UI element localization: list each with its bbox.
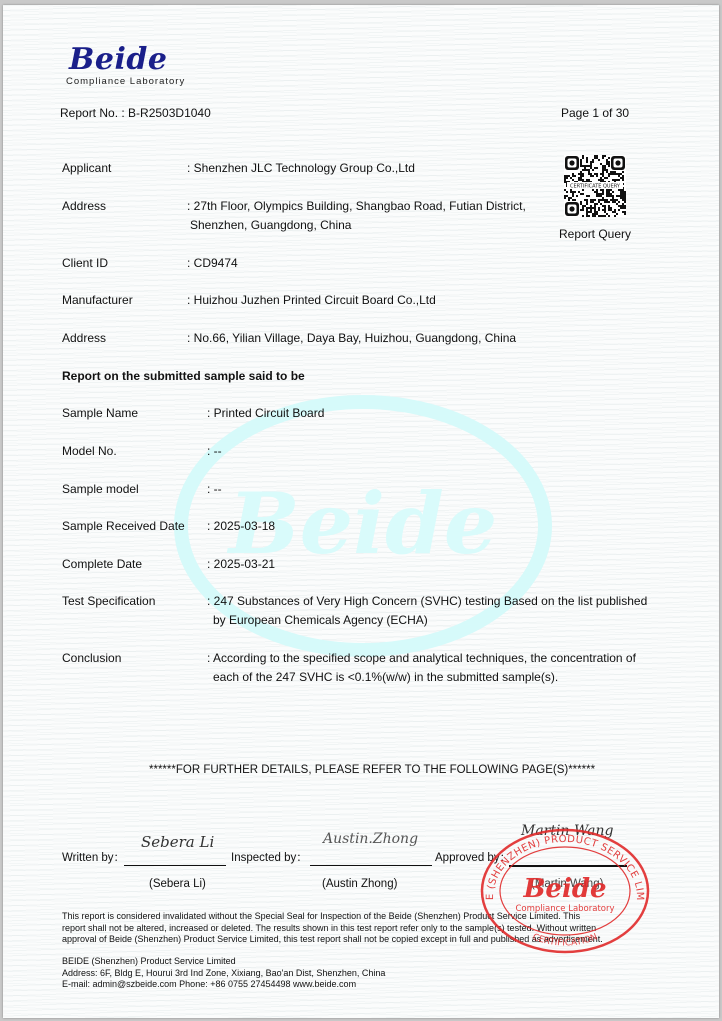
sample-value-name: : Printed Circuit Board [207, 404, 324, 423]
approved-by-line [509, 865, 627, 867]
inspected-by-label: Inspected by： [231, 849, 308, 868]
written-by-label: Written by： [62, 849, 125, 868]
field-label-client-id: Client ID [62, 254, 108, 273]
sample-value-conclusion-line2: each of the 247 SVHC is <0.1%(w/w) in th… [213, 668, 558, 687]
sample-value-conclusion: : According to the specified scope and a… [207, 649, 636, 668]
disclaimer: This report is considered invalidated wi… [62, 911, 603, 946]
approved-by-label: Approved by： [435, 849, 511, 868]
sample-label-conclusion: Conclusion [62, 649, 121, 668]
approved-by-signature: Martin Wang [521, 823, 613, 839]
further-details-note: ******FOR FURTHER DETAILS, PLEASE REFER … [149, 761, 595, 780]
field-label-applicant-address: Address [62, 197, 106, 216]
sample-section-title: Report on the submitted sample said to b… [62, 367, 305, 386]
sample-value-model: : -- [207, 480, 222, 499]
sample-value-test-spec: : 247 Substances of Very High Concern (S… [207, 592, 647, 611]
report-page: Beide Beide Compliance Laboratory Report… [3, 5, 719, 1018]
inspected-by-name: (Austin Zhong) [322, 875, 397, 894]
report-number: Report No. : B-R2503D1040 [60, 104, 211, 123]
company-footer: BEIDE (Shenzhen) Product Service Limited… [62, 956, 385, 991]
written-by-signature: Sebera Li [141, 833, 214, 851]
report-number-label: Report No. : [60, 106, 125, 120]
qr-caption: Report Query [559, 225, 631, 244]
field-label-manufacturer: Manufacturer [62, 291, 133, 310]
disclaimer-line: approval of Beide (Shenzhen) Product Ser… [62, 934, 603, 946]
inspected-by-line [310, 865, 432, 866]
sample-label-complete-date: Complete Date [62, 555, 142, 574]
report-number-value: B-R2503D1040 [128, 106, 211, 120]
sample-label-model: Sample model [62, 480, 139, 499]
sample-label-received-date: Sample Received Date [62, 517, 185, 536]
sample-label-model-no: Model No. [62, 442, 117, 461]
field-label-manufacturer-address: Address [62, 329, 106, 348]
field-label-applicant: Applicant [62, 159, 111, 178]
disclaimer-line: This report is considered invalidated wi… [62, 911, 603, 923]
sample-value-complete-date: : 2025-03-21 [207, 555, 275, 574]
sample-label-test-spec: Test Specification [62, 592, 155, 611]
field-value-applicant-address: : 27th Floor, Olympics Building, Shangba… [187, 197, 526, 216]
qr-code-icon[interactable]: CERTIFICATE QUERY [564, 155, 626, 217]
page-indicator: Page 1 of 30 [561, 104, 629, 123]
inspected-by-signature: Austin.Zhong [323, 831, 418, 847]
sample-value-model-no: : -- [207, 442, 222, 461]
logo-subtitle: Compliance Laboratory [66, 76, 185, 87]
footer-address: Address: 6F, Bldg E, Hourui 3rd Ind Zone… [62, 968, 385, 980]
sample-value-received-date: : 2025-03-18 [207, 517, 275, 536]
svg-text:CERTIFICATE QUERY: CERTIFICATE QUERY [570, 184, 621, 190]
field-value-manufacturer-address: : No.66, Yilian Village, Daya Bay, Huizh… [187, 329, 516, 348]
field-value-manufacturer: : Huizhou Juzhen Printed Circuit Board C… [187, 291, 436, 310]
sample-value-test-spec-line2: by European Chemicals Agency (ECHA) [213, 611, 428, 630]
company-logo: Beide [69, 45, 167, 75]
footer-contact: E-mail: admin@szbeide.com Phone: +86 075… [62, 979, 385, 991]
sample-label-name: Sample Name [62, 404, 138, 423]
field-value-applicant: : Shenzhen JLC Technology Group Co.,Ltd [187, 159, 415, 178]
approved-by-name: (Martin Wang) [531, 875, 603, 894]
field-value-client-id: : CD9474 [187, 254, 238, 273]
disclaimer-line: report shall not be altered, increased o… [62, 923, 603, 935]
field-value-applicant-address-line2: Shenzhen, Guangdong, China [190, 216, 351, 235]
written-by-name: (Sebera Li) [149, 875, 206, 894]
footer-company: BEIDE (Shenzhen) Product Service Limited [62, 956, 385, 968]
written-by-line [124, 865, 226, 866]
